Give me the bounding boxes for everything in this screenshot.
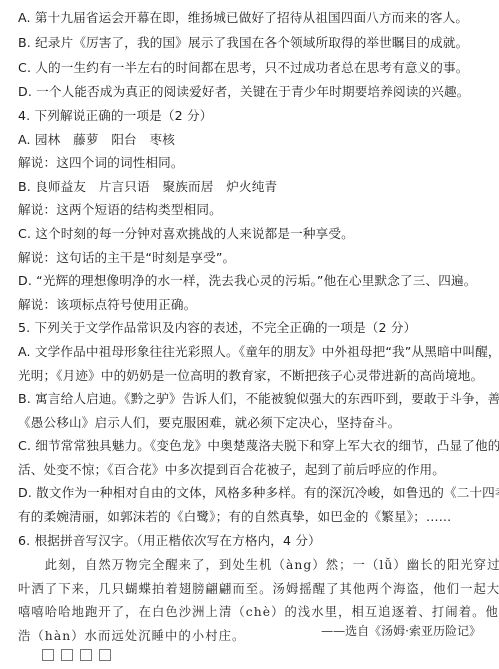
- q5-option-d-line2: 有的柔婉清丽，如郭沫若的《白鹭》；有的自然真挚，如巴金的《繁星》；……: [18, 509, 489, 525]
- q4-explanation-d: 解说：该项标点符号使用正确。: [18, 297, 489, 313]
- exam-page: A. 第十九届省运会开幕在即，维扬城已做好了招待从祖国四面八方而来的客人。 B.…: [0, 0, 499, 669]
- q6-passage-line1: 此刻，自然万物完全醒来了，到处生机（àng）然；一（lǚ）幽长的阳光穿过远近的树: [18, 557, 489, 573]
- q5-option-a-line2: 光明；《月迹》中的奶奶是一位高明的教育家，不断把孩子心灵带进新的高尚境地。: [18, 368, 489, 384]
- q5-option-b-line1: B. 寓言给人启迪。《黔之驴》告诉人们，不能被貌似强大的东西吓到，要敢于斗争，善…: [18, 391, 489, 407]
- q4-option-a: A. 园林 藤萝 阳台 枣核: [18, 132, 489, 148]
- q4-option-d: D. “光辉的理想像明净的水一样，洗去我心灵的污垢。”他在心里默念了三、四遍。: [18, 273, 489, 289]
- answer-box-4[interactable]: [99, 649, 111, 661]
- q4-option-c: C. 这个时刻的每一分钟对喜欢挑战的人来说都是一种享受。: [18, 226, 489, 242]
- q4-explanation-c: 解说：这句话的主干是“时刻是享受”。: [18, 250, 489, 266]
- passage-source: ——选自《汤姆·索亚历险记》: [321, 622, 481, 639]
- q5-option-c-line2: 活、处变不惊；《百合花》中多次提到百合花被子，起到了前后呼应的作用。: [18, 462, 489, 478]
- q6-passage-line2: 叶洒了下来，几只蝴蝶拍着翅膀翩翩而至。汤姆摇醒了其他两个海盗，他们一起大喊了一声…: [18, 581, 489, 597]
- q3-option-d: D. 一个人能否成为真正的阅读爱好者，关键在于青少年时期要培养阅读的兴趣。: [18, 84, 489, 100]
- q3-option-c: C. 人的一生约有一半左右的时间都在思考，只不过成功者总在思考有意义的事。: [18, 60, 489, 76]
- q5-option-c-line1: C. 细节常常独具魅力。《变色龙》中奥楚蔑洛夫脱下和穿上军大衣的细节，凸显了他的…: [18, 438, 489, 454]
- q6-passage-line3: 嘻嘻哈哈地跑开了，在白色沙洲上清（chè）的浅水里，相互追逐着、打闹着。他们不再…: [18, 604, 489, 620]
- q5-stem: 5. 下列关于文学作品常识及内容的表述，不完全正确的一项是（2 分）: [18, 320, 489, 336]
- answer-boxes: [42, 649, 111, 661]
- q4-explanation-a: 解说：这四个词的词性相同。: [18, 155, 489, 171]
- q3-option-b: B. 纪录片《厉害了，我的国》展示了我国在各个领域所取得的举世瞩目的成就。: [18, 35, 489, 51]
- q6-stem: 6. 根据拼音写汉字。（用正楷依次写在方格内，4 分）: [18, 533, 489, 549]
- answer-box-1[interactable]: [42, 649, 54, 661]
- q4-stem: 4. 下列解说正确的一项是（2 分）: [18, 108, 489, 124]
- q5-option-d-line1: D. 散文作为一种相对自由的文体，风格多种多样。有的深沉冷峻，如鲁迅的《二十四孝…: [18, 485, 489, 501]
- q5-option-a-line1: A. 文学作品中祖母形象往往光彩照人。《童年的朋友》中外祖母把“我”从黑暗中叫醒…: [18, 344, 489, 360]
- q3-option-a: A. 第十九届省运会开幕在即，维扬城已做好了招待从祖国四面八方而来的客人。: [18, 10, 489, 26]
- answer-box-3[interactable]: [80, 649, 92, 661]
- q4-option-b: B. 良师益友 片言只语 聚族而居 炉火纯青: [18, 179, 489, 195]
- q4-explanation-b: 解说：这两个短语的结构类型相同。: [18, 202, 489, 218]
- answer-box-2[interactable]: [61, 649, 73, 661]
- q5-option-b-line2: 《愚公移山》启示人们，要克服困难，就必须下定决心，坚持奋斗。: [18, 415, 489, 431]
